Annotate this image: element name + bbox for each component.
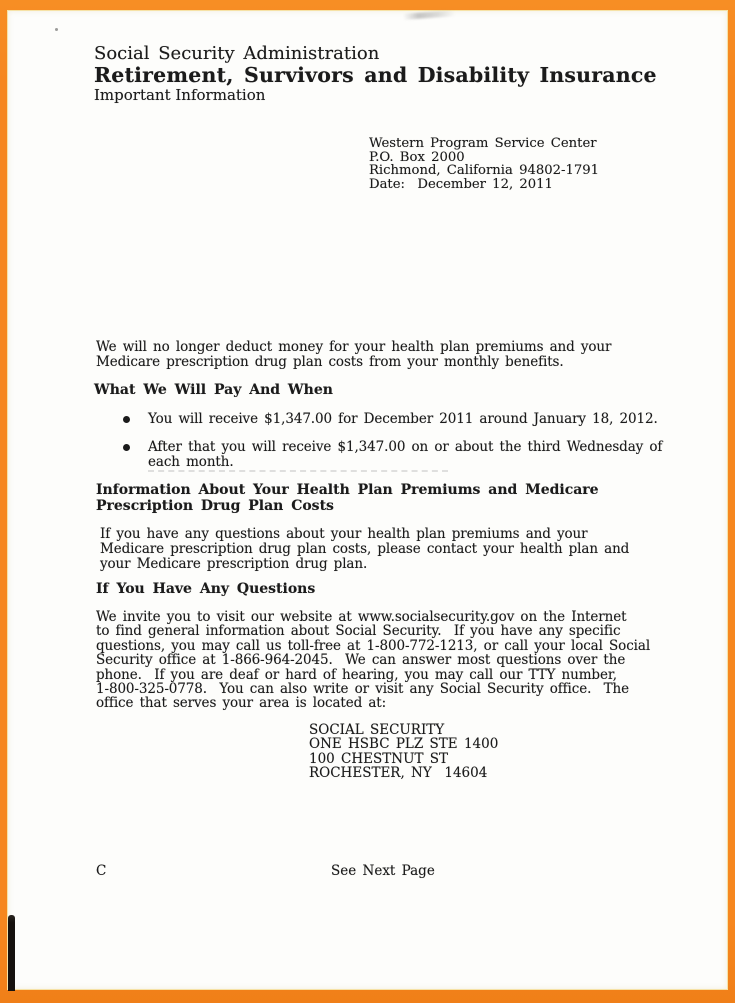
intro-paragraph: We will no longer deduct money for your … <box>96 340 696 370</box>
letter-subtitle: Important Information <box>94 87 657 104</box>
bullet-item: After that you will receive $1,347.00 on… <box>123 440 703 470</box>
letter-page: Social Security Administration Retiremen… <box>7 10 728 990</box>
section-heading-pay-when: What We Will Pay And When <box>94 383 333 399</box>
scan-artifact-dot <box>55 28 58 31</box>
scan-artifact-smudge <box>403 10 455 20</box>
letterhead: Social Security Administration Retiremen… <box>94 44 657 104</box>
bullet-icon <box>123 416 130 423</box>
program-title: Retirement, Survivors and Disability Ins… <box>94 64 657 87</box>
continuation-note: See Next Page <box>331 863 435 879</box>
premiums-paragraph: If you have any questions about your hea… <box>100 527 710 572</box>
office-address: SOCIAL SECURITY ONE HSBC PLZ STE 1400 10… <box>309 723 498 781</box>
bullet-icon <box>123 444 130 451</box>
section-heading-questions: If You Have Any Questions <box>96 582 315 598</box>
bullet-text: After that you will receive $1,347.00 on… <box>148 440 662 470</box>
scan-artifact-dashes <box>148 470 448 472</box>
sender-address: Western Program Service Center P.O. Box … <box>369 137 599 191</box>
section-heading-premiums: Information About Your Health Plan Premi… <box>96 483 599 514</box>
bullet-item: You will receive $1,347.00 for December … <box>123 412 703 427</box>
bullet-text: You will receive $1,347.00 for December … <box>148 412 658 427</box>
scan-artifact-bar <box>8 915 15 991</box>
questions-paragraph: We invite you to visit our website at ww… <box>96 610 721 711</box>
footer-page-code: C <box>96 863 106 879</box>
agency-name: Social Security Administration <box>94 44 657 64</box>
